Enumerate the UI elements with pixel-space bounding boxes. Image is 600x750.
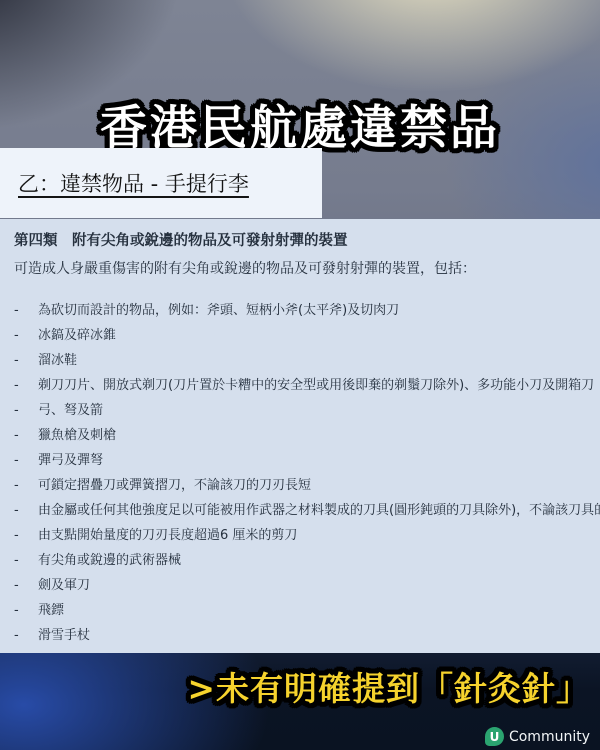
- infographic-page: 香港民航處違禁品 乙：違禁物品 - 手提行李 第四類 附有尖角或銳邊的物品及可發…: [0, 0, 600, 750]
- dash-bullet: -: [14, 554, 38, 567]
- section-heading: 第四類 附有尖角或銳邊的物品及可發射射彈的裝置: [14, 229, 596, 250]
- list-item: -彈弓及彈弩: [14, 454, 596, 467]
- content-panel: 第四類 附有尖角或銳邊的物品及可發射射彈的裝置 可造成人身嚴重傷害的附有尖角或銳…: [0, 219, 600, 653]
- item-text: 弓、弩及箭: [38, 404, 103, 417]
- dash-bullet: -: [14, 604, 38, 617]
- item-text: 由支點開始量度的刀刃長度超過6 厘米的剪刀: [38, 529, 297, 542]
- dash-bullet: -: [14, 479, 38, 492]
- list-item: -為砍切而設計的物品，例如：斧頭、短柄小斧(太平斧)及切肉刀: [14, 304, 596, 317]
- list-item: -有尖角或銳邊的武術器械: [14, 554, 596, 567]
- list-item: -由支點開始量度的刀刃長度超過6 厘米的剪刀: [14, 529, 596, 542]
- dash-bullet: -: [14, 354, 38, 367]
- list-item: -弓、弩及箭: [14, 404, 596, 417]
- list-item: -溜冰鞋: [14, 354, 596, 367]
- item-text: 冰鎬及碎冰錐: [38, 329, 116, 342]
- header-box: 乙：違禁物品 - 手提行李: [0, 148, 322, 218]
- item-text: 為砍切而設計的物品，例如：斧頭、短柄小斧(太平斧)及切肉刀: [38, 304, 399, 317]
- dash-bullet: -: [14, 404, 38, 417]
- dash-bullet: -: [14, 629, 38, 642]
- list-item: -劍及軍刀: [14, 579, 596, 592]
- header-box-label: 乙：違禁物品 - 手提行李: [18, 168, 249, 198]
- item-text: 獵魚槍及刺槍: [38, 429, 116, 442]
- dash-bullet: -: [14, 529, 38, 542]
- dash-bullet: -: [14, 504, 38, 517]
- brand-name: Community: [509, 729, 590, 745]
- item-text: 溜冰鞋: [38, 354, 77, 367]
- item-text: 有尖角或銳邊的武術器械: [38, 554, 181, 567]
- item-text: 彈弓及彈弩: [38, 454, 103, 467]
- item-text: 劍及軍刀: [38, 579, 90, 592]
- list-item: -滑雪手杖: [14, 629, 596, 642]
- item-text: 飛鏢: [38, 604, 64, 617]
- section-intro: 可造成人身嚴重傷害的附有尖角或銳邊的物品及可發射射彈的裝置，包括：: [14, 258, 596, 278]
- item-text: 剃刀刀片、開放式剃刀(刀片置於卡糟中的安全型或用後即棄的剃鬚刀除外)、多功能小刀…: [38, 379, 594, 392]
- list-item: -飛鏢: [14, 604, 596, 617]
- list-item: -獵魚槍及刺槍: [14, 429, 596, 442]
- list-item: -可鎖定摺疊刀或彈簧摺刀，不論該刀的刀刃長短: [14, 479, 596, 492]
- brand-logo: U Community: [485, 727, 590, 746]
- prohibited-items-list: -為砍切而設計的物品，例如：斧頭、短柄小斧(太平斧)及切肉刀 -冰鎬及碎冰錐 -…: [14, 304, 596, 642]
- dash-bullet: -: [14, 429, 38, 442]
- footer-highlight: >未有明確提到「針灸針」: [187, 663, 590, 710]
- item-text: 由金屬或任何其他強度足以可能被用作武器之材料製成的刀具(圓形鈍頭的刀具除外)，不…: [38, 504, 600, 517]
- list-item: -冰鎬及碎冰錐: [14, 329, 596, 342]
- list-item: -由金屬或任何其他強度足以可能被用作武器之材料製成的刀具(圓形鈍頭的刀具除外)，…: [14, 504, 596, 517]
- item-text: 可鎖定摺疊刀或彈簧摺刀，不論該刀的刀刃長短: [38, 479, 311, 492]
- dash-bullet: -: [14, 329, 38, 342]
- u-community-logo-icon: U: [485, 727, 504, 746]
- list-item: -剃刀刀片、開放式剃刀(刀片置於卡糟中的安全型或用後即棄的剃鬚刀除外)、多功能小…: [14, 379, 596, 392]
- item-text: 滑雪手杖: [38, 629, 90, 642]
- dash-bullet: -: [14, 454, 38, 467]
- dash-bullet: -: [14, 304, 38, 317]
- dash-bullet: -: [14, 579, 38, 592]
- dash-bullet: -: [14, 379, 38, 392]
